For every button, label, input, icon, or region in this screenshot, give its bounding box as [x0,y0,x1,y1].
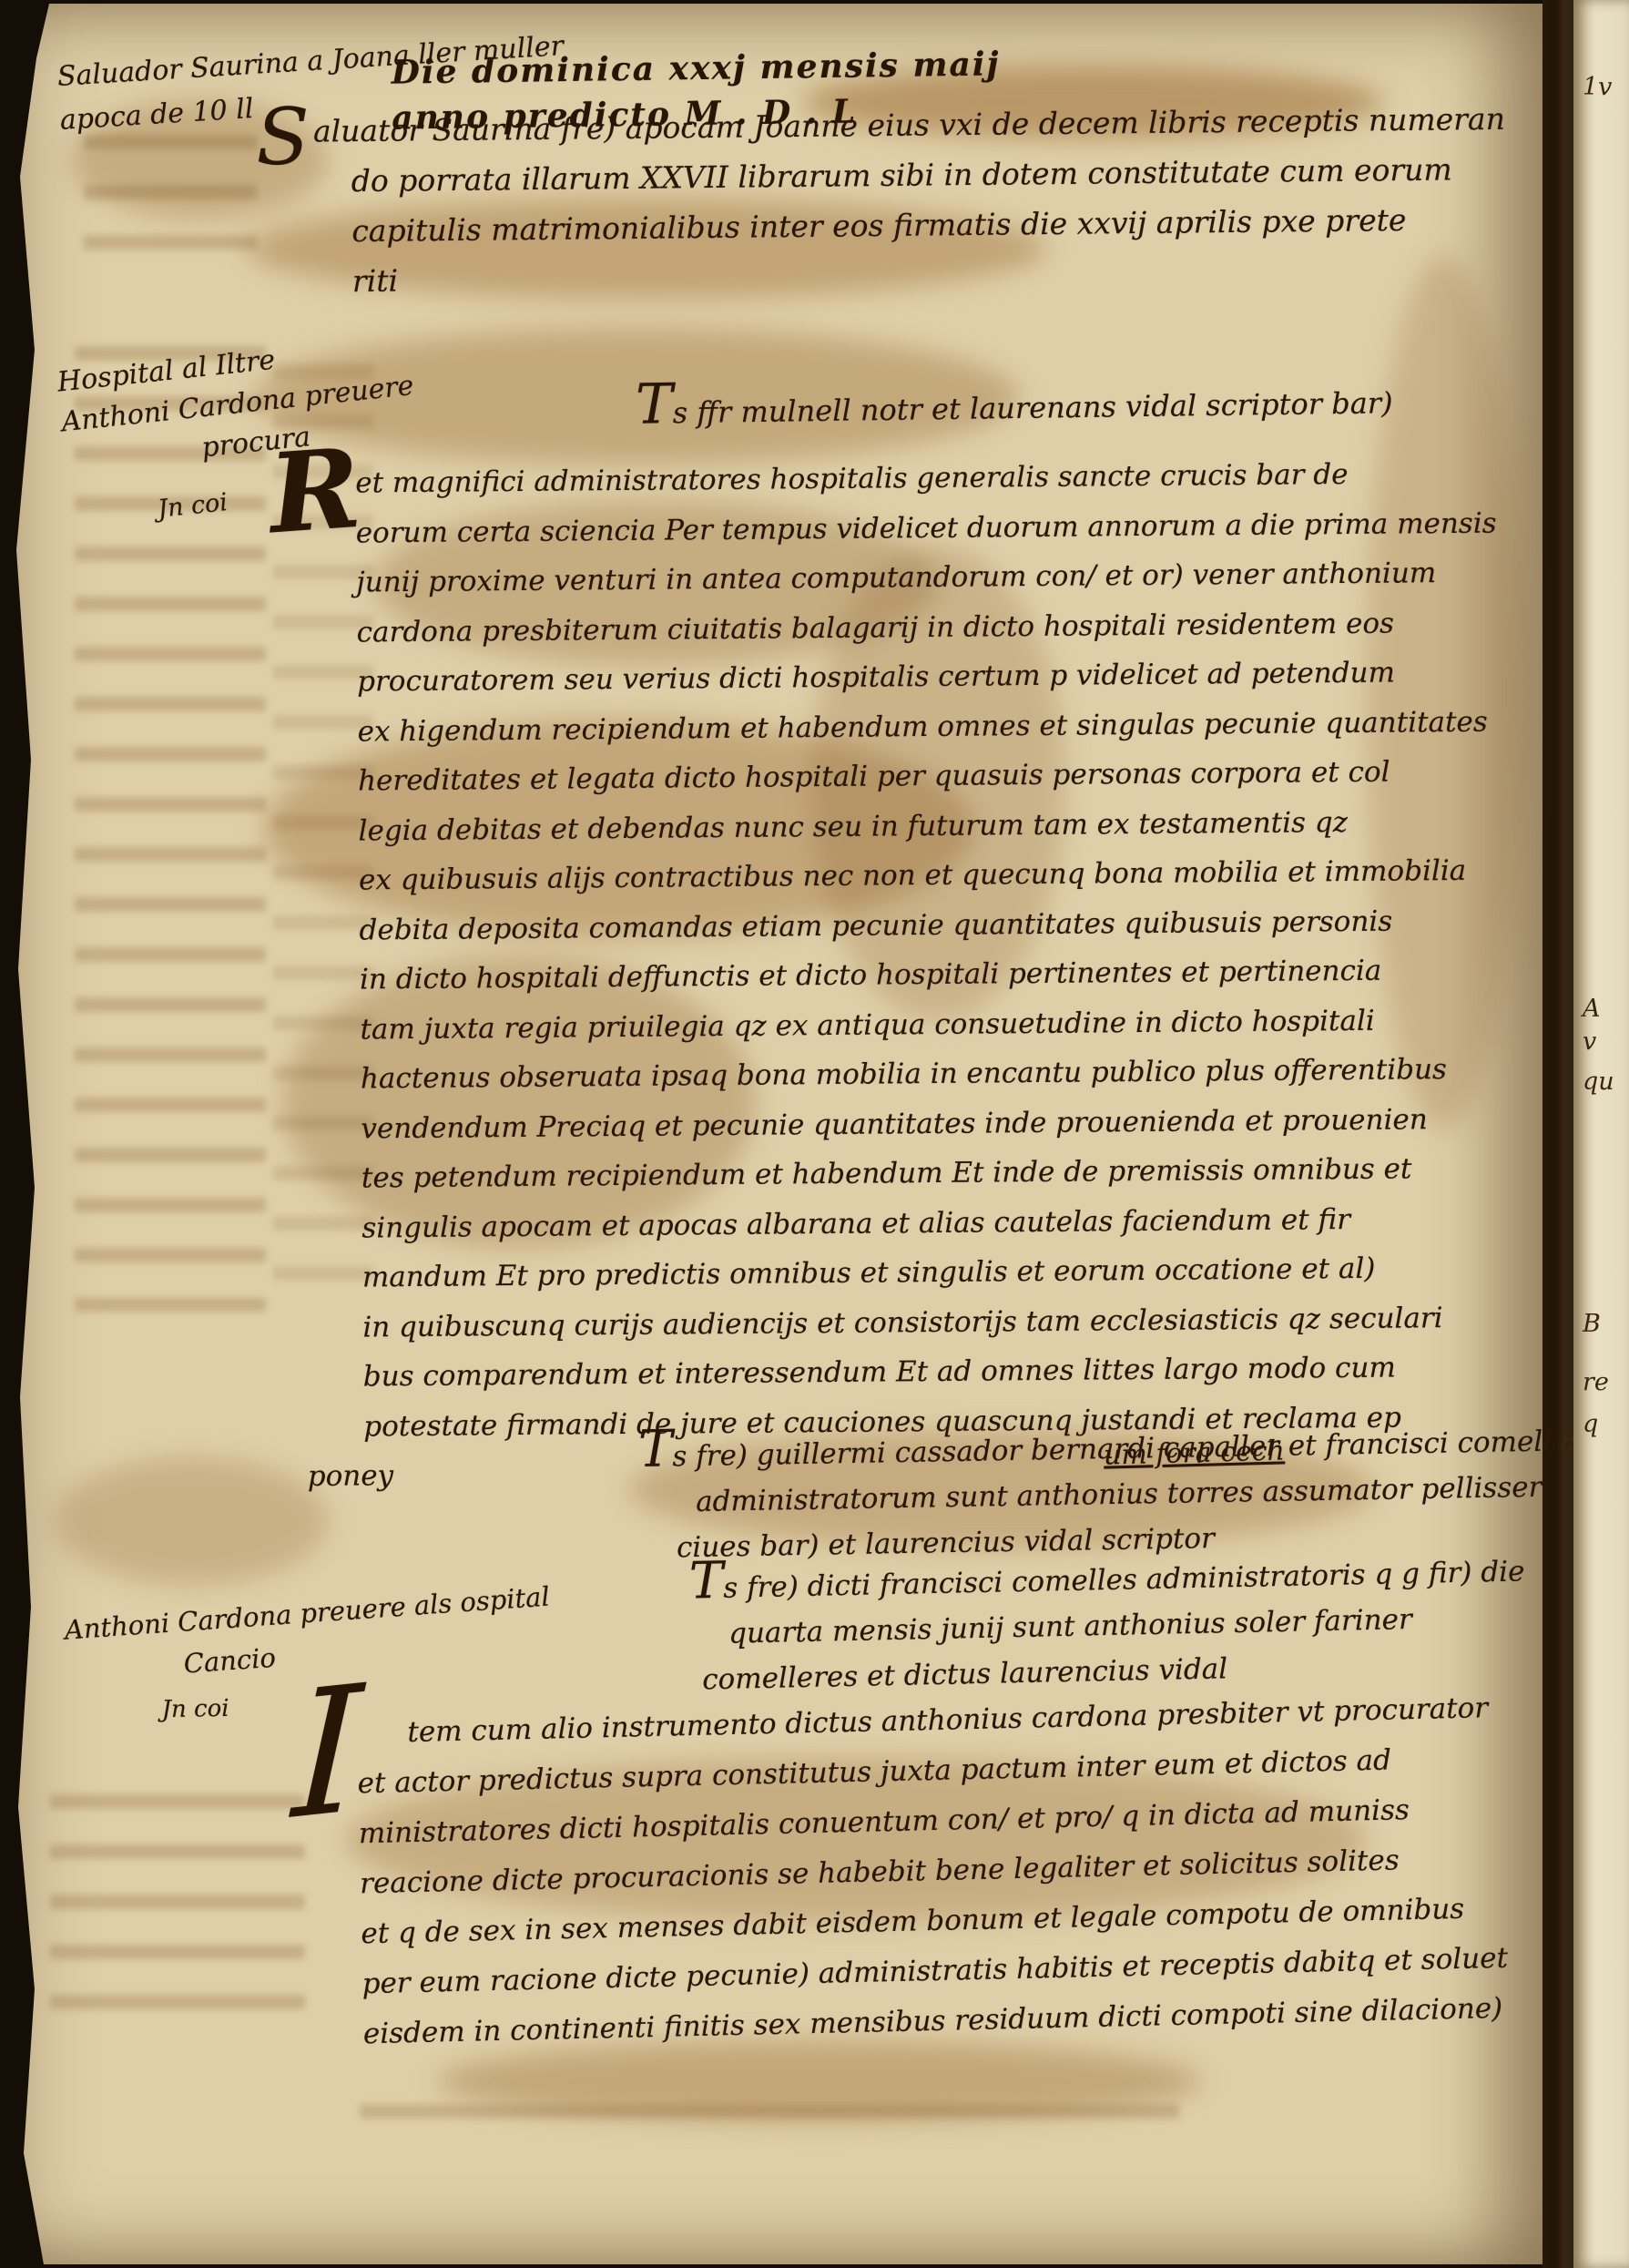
facing-page-text-fragment: v [1583,1027,1596,1056]
facing-page-text-fragment: q [1583,1410,1598,1438]
heading-line-1: Die dominica xxxj mensis maij [391,41,1001,95]
manuscript-line: junij proxime venturi in antea computand… [356,548,1497,608]
manuscript-line: procuratorem seu verius dicti hospitalis… [357,648,1498,707]
facing-page-text-fragment: B [1583,1310,1601,1338]
witness-block-3: Ts fre) dicti francisci comelles adminis… [688,1541,1527,1702]
manuscript-line: bus comparendum et interessendum Et ad o… [363,1343,1504,1402]
initial-letter-R: R [266,434,364,550]
manuscript-scan: { "document": { "kind": "Sixteenth-centu… [0,0,1629,2268]
facing-page-text-fragment: A [1583,995,1601,1023]
facing-page-text-fragment: re [1583,1368,1609,1396]
facing-page-text-fragment: qu [1583,1068,1614,1096]
manuscript-line: ex quibusuis alijs contractibus nec non … [359,846,1500,905]
manuscript-line: mandum Et pro predictis omnibus et singu… [362,1243,1503,1303]
manuscript-line: et magnifici administratores hospitalis … [355,449,1496,508]
manuscript-line: in dicto hospitali deffunctis et dicto h… [360,945,1501,1005]
entry-apoca-paragraph: Saluator Saurina fre) apocam Joanne eius… [256,94,1507,307]
witness-line-1: Ts ffr mulnell notr et laurenans vidal s… [636,363,1393,437]
binding-gutter [1542,0,1573,2268]
entry-item-paragraph: tem cum alio instrumento dictus anthoniu… [356,1683,1510,2059]
manuscript-line: hereditates et legata dicto hospitali pe… [358,747,1499,806]
initial-letter-I: I [290,1662,364,1844]
manuscript-line: hactenus obseruata ipsaq bona mobilia in… [361,1045,1502,1104]
facing-page-text-fragment: 1v [1583,73,1612,101]
facing-page-edge [1573,0,1629,2268]
entry-procuratio-paragraph: et magnifici administratores hospitalis … [355,449,1505,1501]
